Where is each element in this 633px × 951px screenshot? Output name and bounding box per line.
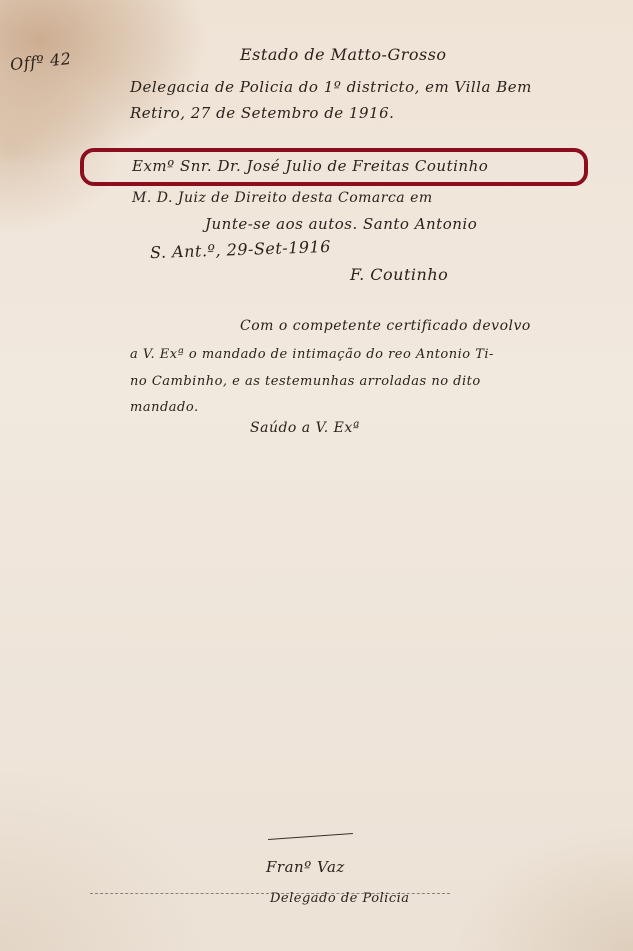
state-heading: Estado de Matto-Grosso — [240, 45, 447, 64]
annotation-signature: F. Coutinho — [350, 265, 448, 284]
signature-flourish — [268, 833, 353, 840]
office-line: Delegacia de Policia do 1º districto, em… — [130, 78, 532, 96]
body-line-1: Com o competente certificado devolvo — [240, 318, 531, 334]
addressee-line-2: M. D. Juiz de Direito desta Comarca em — [132, 190, 433, 206]
body-line-4: mandado. — [130, 400, 199, 415]
signature-name: Franº Vaz — [266, 858, 345, 876]
annotation-date: S. Ant.º, 29-Set-1916 — [150, 237, 331, 262]
addressee-line-1: Exmº Snr. Dr. José Julio de Freitas Cout… — [132, 157, 488, 175]
closing-line: Saúdo a V. Exª — [250, 420, 360, 436]
annotation-line-1: Junte-se aos autos. Santo Antonio — [205, 215, 477, 233]
document-page: Offº 42 Estado de Matto-Grosso Delegacia… — [0, 0, 633, 951]
date-line: Retiro, 27 de Setembro de 1916. — [130, 104, 394, 122]
body-line-3: no Cambinho, e as testemunhas arroladas … — [130, 374, 481, 389]
margin-reference: Offº 42 — [9, 49, 72, 74]
signature-title: Delegado de Policia — [270, 891, 410, 906]
body-line-2: a V. Exª o mandado de intimação do reo A… — [130, 347, 494, 362]
